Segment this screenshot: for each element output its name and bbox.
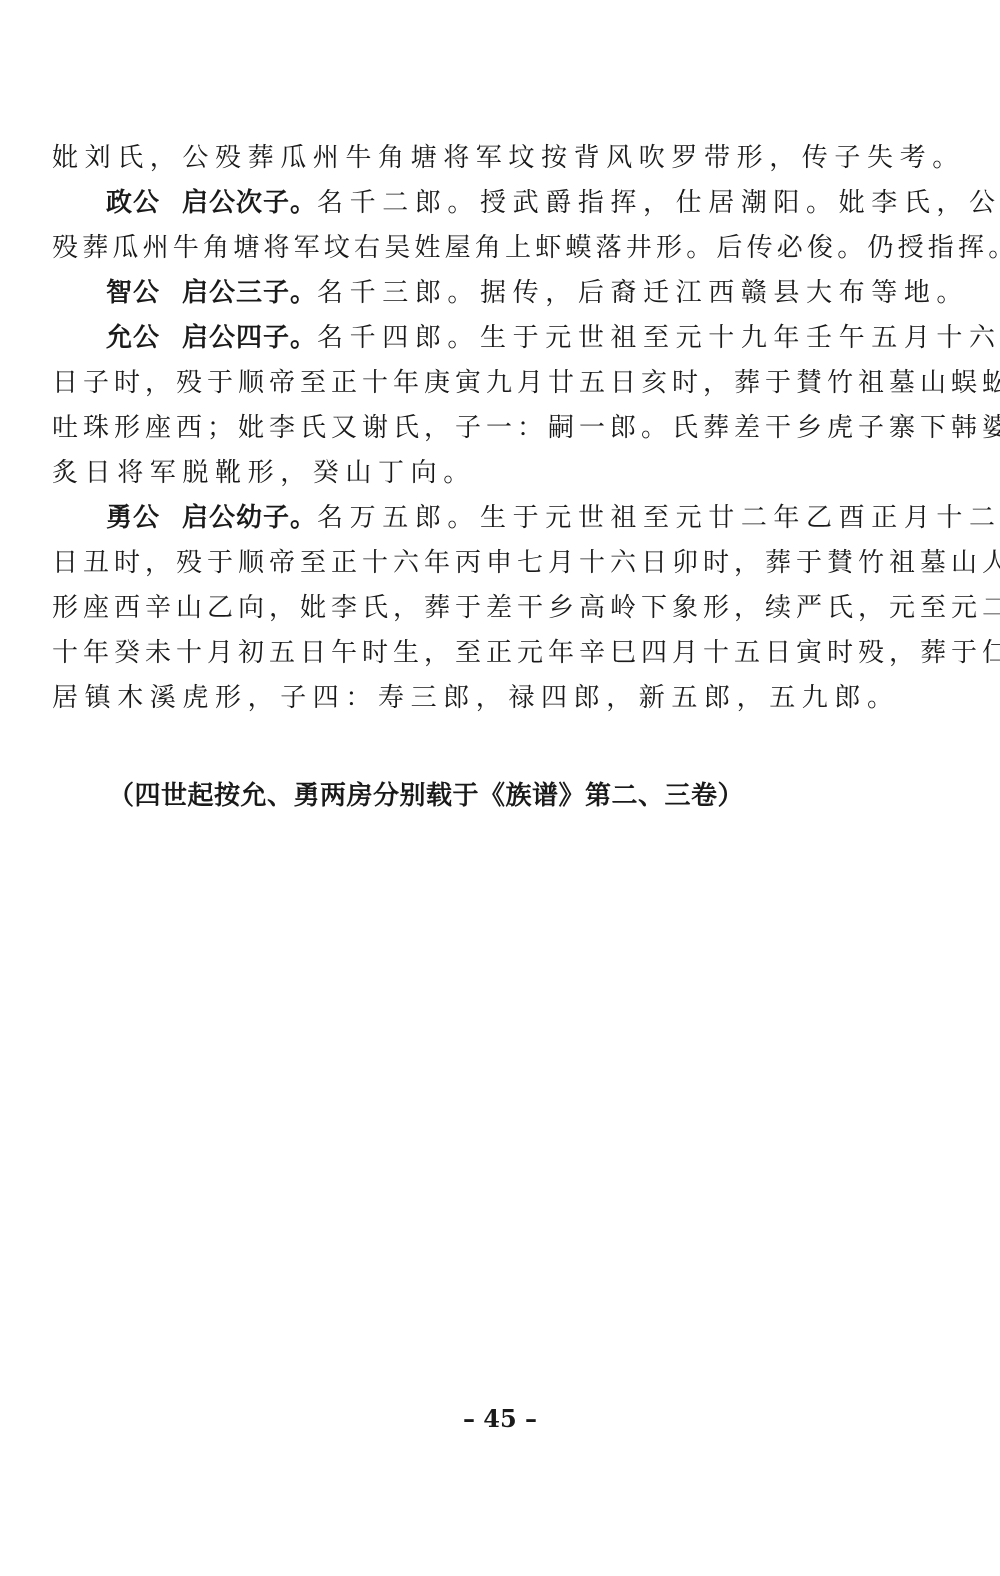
text-line: 殁葬瓜州牛角塘将军坟右吴姓屋角上虾蟆落井形。后传必俊。仍授指挥。 [52,226,902,271]
entry-relation: 启公三子。 [182,278,317,308]
entry-relation: 启公四子。 [182,323,317,353]
entry-name: 智公 [106,278,160,308]
text-line: 居镇木溪虎形，子四：寿三郎，禄四郎，新五郎，五九郎。 [52,676,902,721]
entry-zheng-gong: 政公启公次子。名千二郎。授武爵指挥，仕居潮阳。妣李氏，公 [52,181,902,226]
document-body: 妣刘氏，公殁葬瓜州牛角塘将军坟按背风吹罗带形，传子失考。 政公启公次子。名千二郎… [52,136,902,721]
entry-yong-gong: 勇公启公幼子。名万五郎。生于元世祖至元廿二年乙酉正月十二 [52,496,902,541]
text-line: 形座西辛山乙向，妣李氏，葬于差干乡高岭下象形，续严氏，元至元二 [52,586,902,631]
text-line: 日子时，殁于顺帝至正十年庚寅九月廿五日亥时，葬于賛竹祖墓山蜈蚣 [52,361,902,406]
text-line: 十年癸未十月初五日午时生，至正元年辛巳四月十五日寅时殁，葬于仁 [52,631,902,676]
text-line: 名万五郎。生于元世祖至元廿二年乙酉正月十二 [317,503,1000,533]
text-line: 名千四郎。生于元世祖至元十九年壬午五月十六 [317,323,1000,353]
text-line: 日丑时，殁于顺帝至正十六年丙申七月十六日卯时，葬于賛竹祖墓山人 [52,541,902,586]
entry-yun-gong: 允公启公四子。名千四郎。生于元世祖至元十九年壬午五月十六 [52,316,902,361]
entry-zhi-gong: 智公启公三子。名千三郎。据传，后裔迁江西赣县大布等地。 [52,271,902,316]
entry-name: 允公 [106,323,160,353]
entry-name: 勇公 [106,503,160,533]
entry-relation: 启公次子。 [182,188,317,218]
text-line: 妣刘氏，公殁葬瓜州牛角塘将军坟按背风吹罗带形，传子失考。 [52,136,902,181]
text-line: 吐珠形座西；妣李氏又谢氏，子一：嗣一郎。氏葬差干乡虎子寨下韩婆 [52,406,902,451]
page-number: – 45 – [0,1404,1000,1433]
text-line: 名千二郎。授武爵指挥，仕居潮阳。妣李氏，公 [317,188,1000,218]
entry-name: 政公 [106,188,160,218]
volume-note: （四世起按允、勇两房分别载于《族谱》第二、三卷） [108,776,744,816]
text-line: 名千三郎。据传，后裔迁江西赣县大布等地。 [317,278,969,308]
entry-relation: 启公幼子。 [182,503,317,533]
text-line: 炙日将军脱靴形，癸山丁向。 [52,451,902,496]
